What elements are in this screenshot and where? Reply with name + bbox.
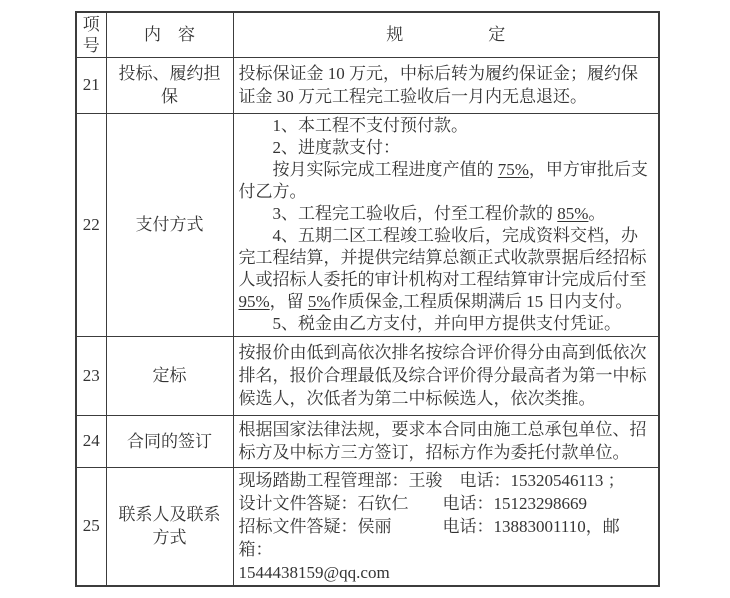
table-row: 25 联系人及联系方式 现场踏勘工程管理部：王骏 电话：15320546113 … xyxy=(76,467,659,586)
text-segment: 投标保证金 10 万元，中标后转为履约保证金；履约保证金 30 万元工程完工验收… xyxy=(239,64,639,106)
content-cell: 支付方式 xyxy=(106,113,233,336)
table-row: 23 定标 按报价由低到高依次排名按综合评价得分由高到低依次排名，报价合理最低及… xyxy=(76,336,659,415)
item-no-cell: 23 xyxy=(76,336,106,415)
text-segment: 按报价由低到高依次排名按综合评价得分由高到低依次排名，报价合理最低及综合评价得分… xyxy=(239,343,647,408)
content-cell: 联系人及联系方式 xyxy=(106,467,233,586)
text-segment: 1、本工程不支付预付款。 xyxy=(273,116,469,135)
content-cell: 定标 xyxy=(106,336,233,415)
table-row: 22 支付方式 1、本工程不支付预付款。2、进度款支付：按月实际完成工程进度产值… xyxy=(76,113,659,336)
regulation-cell: 1、本工程不支付预付款。2、进度款支付：按月实际完成工程进度产值的 75%，甲方… xyxy=(233,113,659,336)
regulation-paragraph: 2、进度款支付： xyxy=(239,137,653,159)
underlined-value: 5% xyxy=(308,292,331,311)
text-segment: 设计文件答疑：石钦仁 电话：15123298669 xyxy=(239,494,588,513)
text-segment: 作质保金,工程质保期满后 15 日内支付。 xyxy=(331,292,633,311)
text-segment: 1544438159@qq.com xyxy=(239,563,390,582)
table-row: 24 合同的签订 根据国家法律法规，要求本合同由施工总承包单位、招标方及中标方三… xyxy=(76,415,659,467)
regulation-paragraph: 3、工程完工验收后，付至工程价款的 85%。 xyxy=(239,203,653,225)
table-row: 21 投标、履约担保 投标保证金 10 万元，中标后转为履约保证金；履约保证金 … xyxy=(76,57,659,113)
item-no-cell: 22 xyxy=(76,113,106,336)
header-regulation: 规 定 xyxy=(233,12,659,57)
header-content: 内 容 xyxy=(106,12,233,57)
content-cell: 合同的签订 xyxy=(106,415,233,467)
regulation-cell: 按报价由低到高依次排名按综合评价得分由高到低依次排名，报价合理最低及综合评价得分… xyxy=(233,336,659,415)
item-no-cell: 21 xyxy=(76,57,106,113)
regulation-cell: 根据国家法律法规，要求本合同由施工总承包单位、招标方及中标方三方签订，招标方作为… xyxy=(233,415,659,467)
text-segment: 招标文件答疑：侯丽 电话：13883001110，邮箱： xyxy=(239,517,620,559)
regulation-paragraph: 按报价由低到高依次排名按综合评价得分由高到低依次排名，报价合理最低及综合评价得分… xyxy=(239,341,653,410)
regulation-paragraph: 现场踏勘工程管理部：王骏 电话：15320546113 ； xyxy=(239,469,653,492)
text-segment: 。 xyxy=(588,204,605,223)
underlined-value: 75% xyxy=(498,160,529,179)
text-segment: 3、工程完工验收后，付至工程价款的 xyxy=(273,204,558,223)
regulation-paragraph: 投标保证金 10 万元，中标后转为履约保证金；履约保证金 30 万元工程完工验收… xyxy=(239,62,653,108)
regulation-paragraph: 1、本工程不支付预付款。 xyxy=(239,115,653,137)
regulation-paragraph: 根据国家法律法规，要求本合同由施工总承包单位、招标方及中标方三方签订，招标方作为… xyxy=(239,418,653,464)
regulation-cell: 现场踏勘工程管理部：王骏 电话：15320546113 ；设计文件答疑：石钦仁 … xyxy=(233,467,659,586)
item-no-cell: 24 xyxy=(76,415,106,467)
header-item-no: 项 号 xyxy=(76,12,106,57)
text-segment: 2、进度款支付： xyxy=(273,138,401,157)
underlined-value: 85% xyxy=(557,204,588,223)
document-page: 项 号 内 容 规 定 21 投标、履约担保 投标保证金 10 万元，中标后转为… xyxy=(0,0,730,598)
text-segment: ，留 xyxy=(270,292,308,311)
regulation-paragraph: 招标文件答疑：侯丽 电话：13883001110，邮箱： xyxy=(239,515,653,561)
text-segment: 4、五期二区工程竣工验收后，完成资料交档，办完工程结算，并提供完结算总额正式收款… xyxy=(239,226,647,289)
table-header-row: 项 号 内 容 规 定 xyxy=(76,12,659,57)
text-segment: 根据国家法律法规，要求本合同由施工总承包单位、招标方及中标方三方签订，招标方作为… xyxy=(239,420,647,462)
underlined-value: 95% xyxy=(239,292,270,311)
regulation-paragraph: 5、税金由乙方支付，并向甲方提供支付凭证。 xyxy=(239,313,653,335)
regulation-paragraph: 设计文件答疑：石钦仁 电话：15123298669 xyxy=(239,492,653,515)
text-segment: 现场踏勘工程管理部：王骏 电话：15320546113 ； xyxy=(239,471,625,490)
text-segment: 5、税金由乙方支付，并向甲方提供支付凭证。 xyxy=(273,314,622,333)
regulation-cell: 投标保证金 10 万元，中标后转为履约保证金；履约保证金 30 万元工程完工验收… xyxy=(233,57,659,113)
regulation-paragraph: 1544438159@qq.com xyxy=(239,561,653,584)
tender-info-table: 项 号 内 容 规 定 21 投标、履约担保 投标保证金 10 万元，中标后转为… xyxy=(75,11,660,587)
content-cell: 投标、履约担保 xyxy=(106,57,233,113)
text-segment: 按月实际完成工程进度产值的 xyxy=(273,160,498,179)
regulation-paragraph: 4、五期二区工程竣工验收后，完成资料交档，办完工程结算，并提供完结算总额正式收款… xyxy=(239,225,653,313)
regulation-paragraph: 按月实际完成工程进度产值的 75%，甲方审批后支付乙方。 xyxy=(239,159,653,203)
item-no-cell: 25 xyxy=(76,467,106,586)
